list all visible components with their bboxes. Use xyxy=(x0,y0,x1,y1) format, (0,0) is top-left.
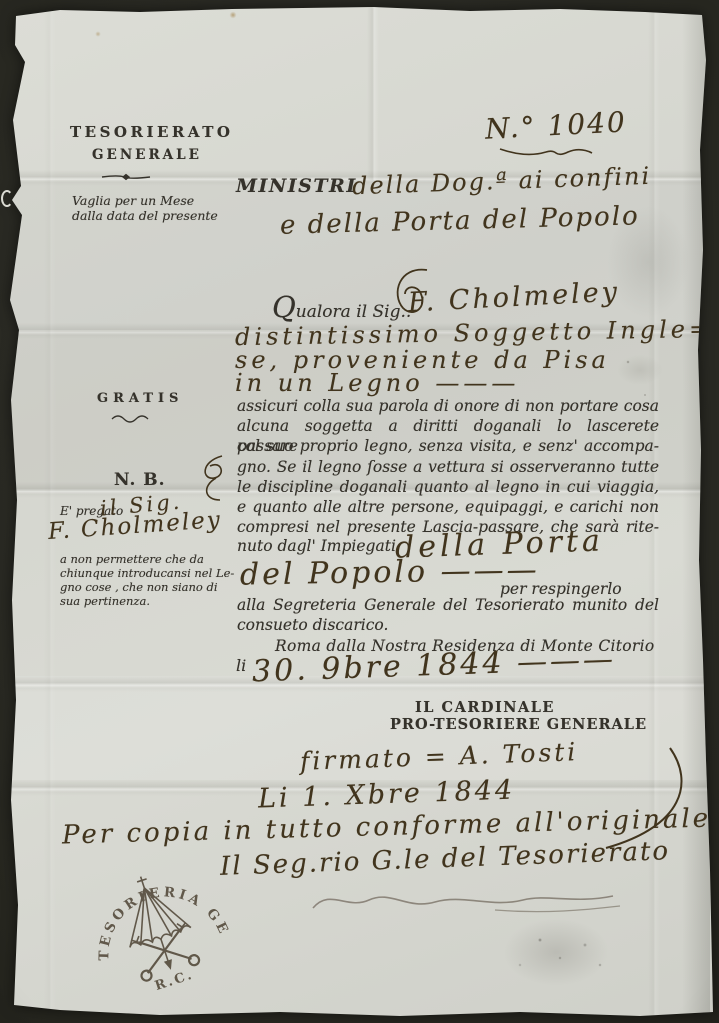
nb-label: N. B. xyxy=(114,471,166,490)
ornament-divider xyxy=(100,171,152,183)
body-line-4: gno. Se il legno ſosse a vettura si osse… xyxy=(237,457,659,477)
segreteria-line: alla Segreteria Generale del Tesorierato… xyxy=(237,595,659,615)
discarico-line: consueto discarico. xyxy=(237,617,388,634)
cardinal-title-line1: IL CARDINALE xyxy=(415,700,555,716)
nb-note-line2: chiunque introducansi nel Le- xyxy=(60,567,234,580)
office-name-line1: TESORIERATO xyxy=(70,124,233,141)
body-line-5: le discipline doganali quanto al legno i… xyxy=(237,477,659,497)
nb-note-line3: gno cose , che non siano di xyxy=(60,581,218,594)
fold-crease-vertical xyxy=(44,0,56,1023)
hand-del-popolo: del Popolo ——— xyxy=(240,553,540,592)
office-name-line2: GENERALE xyxy=(92,148,202,163)
nb-note-line1: a non permettere che da xyxy=(60,553,204,566)
hand-porta-line: e della Porta del Popolo xyxy=(280,202,640,241)
cardinal-title-line2: PRO-TESORIERE GENERALE xyxy=(390,717,647,733)
torn-paper-fragment xyxy=(1,190,13,207)
hand-description-line3: in un Legno ——— xyxy=(235,370,519,397)
paper-sheet: TESORIERATO GENERALE Vaglia per un Mese … xyxy=(0,0,719,1023)
stamp-rc-text: R.C. xyxy=(153,967,196,994)
fold-crease-vertical xyxy=(367,0,379,180)
validity-note-line2: dalla data del presente xyxy=(72,209,218,223)
hand-addressee-name: F. Cholmeley xyxy=(407,277,620,318)
document-number: N.° 1040 xyxy=(484,106,627,145)
gratis-squiggle xyxy=(110,411,152,425)
nb-note-line4: sua pertinenza. xyxy=(60,595,150,608)
number-underline-flourish xyxy=(496,144,596,160)
secretary-signature xyxy=(295,880,625,922)
ministri-heading: MINISTRI xyxy=(236,176,357,197)
edge-shading xyxy=(682,0,710,1023)
qualora-initial: Q xyxy=(272,290,296,324)
body-line-8: nuto dagl' Impiegati xyxy=(237,538,396,555)
stamp-arc-text: TESORIERIA GENERALE xyxy=(64,836,233,981)
hand-firmato-tosti: firmato = A. Tosti xyxy=(300,738,579,776)
gratis-label: GRATIS xyxy=(97,392,183,407)
paraph-flourish-left xyxy=(192,452,230,504)
body-line-3: col suo proprio legno, senza visita, e s… xyxy=(237,436,659,456)
body-line-6: e quanto alle altre persone, equipaggi, … xyxy=(237,497,659,517)
hand-customs-line: della Dog.ª ai confini xyxy=(352,163,652,200)
li-label: li xyxy=(236,657,246,675)
document-photo: TESORIERATO GENERALE Vaglia per un Mese … xyxy=(0,0,719,1023)
validity-note-line1: Vaglia per un Mese xyxy=(72,194,194,208)
body-line-1: assicuri colla sua parola di onore di no… xyxy=(237,396,659,416)
